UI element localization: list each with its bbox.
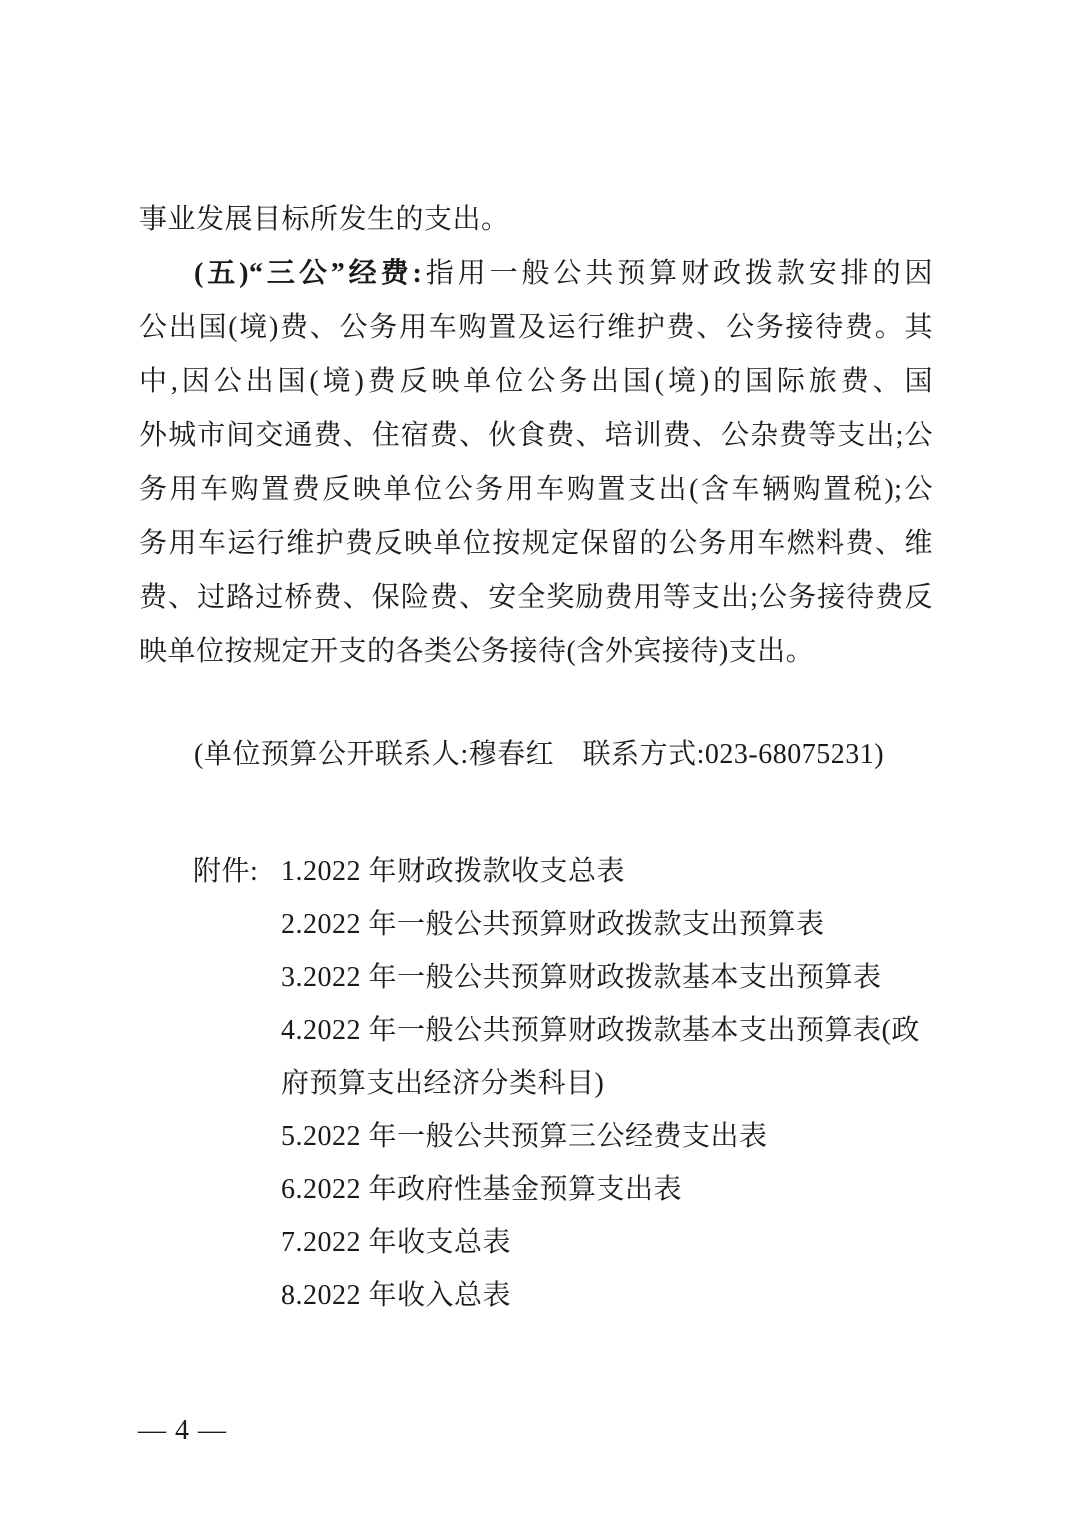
body-line: 务用车运行维护费反映单位按规定保留的公务用车燃料费、维修 bbox=[139, 517, 933, 571]
attachment-item: 3.2022 年一般公共预算财政拨款基本支出预算表 bbox=[281, 951, 953, 1004]
body-line-section-five: (五)“三公”经费:指用一般公共预算财政拨款安排的因 bbox=[139, 247, 933, 301]
section-five-intro: 指用一般公共预算财政拨款安排的因 bbox=[422, 258, 933, 289]
contact-info-line: (单位预算公开联系人:穆春红 联系方式:023-68075231) bbox=[139, 728, 933, 782]
attachment-item: 6.2022 年政府性基金预算支出表 bbox=[281, 1163, 953, 1216]
body-line: 映单位按规定开支的各类公务接待(含外宾接待)支出。 bbox=[139, 625, 933, 679]
attachments-list: 附件: 1.2022 年财政拨款收支总表 2.2022 年一般公共预算财政拨款支… bbox=[193, 845, 953, 1322]
attachment-item: 7.2022 年收支总表 bbox=[281, 1216, 953, 1269]
body-line: 外城市间交通费、住宿费、伙食费、培训费、公杂费等支出;公 bbox=[139, 409, 933, 463]
body-paragraphs: 事业发展目标所发生的支出。 (五)“三公”经费:指用一般公共预算财政拨款安排的因… bbox=[139, 193, 933, 679]
body-line: 务用车购置费反映单位公务用车购置支出(含车辆购置税);公 bbox=[139, 463, 933, 517]
section-five-label: (五)“三公”经费: bbox=[194, 258, 422, 289]
attachment-item: 4.2022 年一般公共预算财政拨款基本支出预算表(政 bbox=[281, 1004, 953, 1057]
body-line: 中,因公出国(境)费反映单位公务出国(境)的国际旅费、国 bbox=[139, 355, 933, 409]
attachments-lines: 1.2022 年财政拨款收支总表 2.2022 年一般公共预算财政拨款支出预算表… bbox=[281, 845, 953, 1322]
attachment-item: 2.2022 年一般公共预算财政拨款支出预算表 bbox=[281, 898, 953, 951]
body-line: 公出国(境)费、公务用车购置及运行维护费、公务接待费。其 bbox=[139, 301, 933, 355]
attachment-item: 5.2022 年一般公共预算三公经费支出表 bbox=[281, 1110, 953, 1163]
attachments-label: 附件: bbox=[193, 845, 258, 898]
attachment-item-continuation: 府预算支出经济分类科目) bbox=[281, 1057, 953, 1110]
document-page: 事业发展目标所发生的支出。 (五)“三公”经费:指用一般公共预算财政拨款安排的因… bbox=[0, 0, 1074, 1520]
page-number: — 4 — bbox=[138, 1404, 227, 1458]
body-line: 事业发展目标所发生的支出。 bbox=[139, 193, 933, 247]
attachment-item: 8.2022 年收入总表 bbox=[281, 1269, 953, 1322]
body-line: 费、过路过桥费、保险费、安全奖励费用等支出;公务接待费反 bbox=[139, 571, 933, 625]
attachment-item: 1.2022 年财政拨款收支总表 bbox=[281, 845, 953, 898]
